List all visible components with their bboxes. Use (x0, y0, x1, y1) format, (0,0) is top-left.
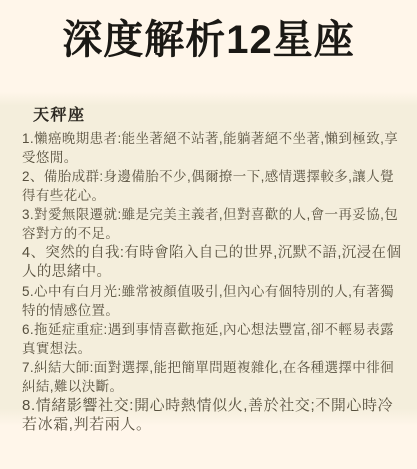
list-item-1: 1.懶癌晚期患者:能坐著絕不站著,能躺著絕不坐著,懶到極致,享受悠閒。 (22, 129, 402, 167)
zodiac-poster: 深度解析12星座 天秤座 1.懶癌晚期患者:能坐著絕不站著,能躺著絕不坐著,懶到… (0, 0, 417, 469)
list-item-2: 2、備胎成群:身邊備胎不少,偶爾撩一下,感情選擇較多,讓人覺得有些花心。 (22, 167, 402, 205)
list-item-3: 3.對愛無限遷就:雖是完美主義者,但對喜歡的人,會一再妥協,包容對方的不足。 (22, 205, 402, 243)
page-title: 深度解析12星座 (0, 16, 417, 64)
list-item-6: 6.拖延症重症:遇到事情喜歡拖延,內心想法豐富,卻不輕易表露真實想法。 (22, 320, 402, 358)
section-heading-libra: 天秤座 (33, 106, 402, 126)
list-item-8: 8.情緒影響社交:開心時熱情似火,善於社交;不開心時冷若冰霜,判若兩人。 (22, 396, 402, 434)
list-item-4: 4、突然的自我:有時會陷入自己的世界,沉默不語,沉浸在個人的思緒中。 (22, 244, 402, 282)
list-item-5: 5.心中有白月光:雖常被顏值吸引,但內心有個特別的人,有著獨特的情感位置。 (22, 282, 402, 320)
list-item-7: 7.糾結大師:面對選擇,能把簡單問題複雜化,在各種選擇中徘徊糾結,難以決斷。 (22, 358, 402, 396)
libra-section: 天秤座 1.懶癌晚期患者:能坐著絕不站著,能躺著絕不坐著,懶到極致,享受悠閒。 … (22, 106, 402, 435)
